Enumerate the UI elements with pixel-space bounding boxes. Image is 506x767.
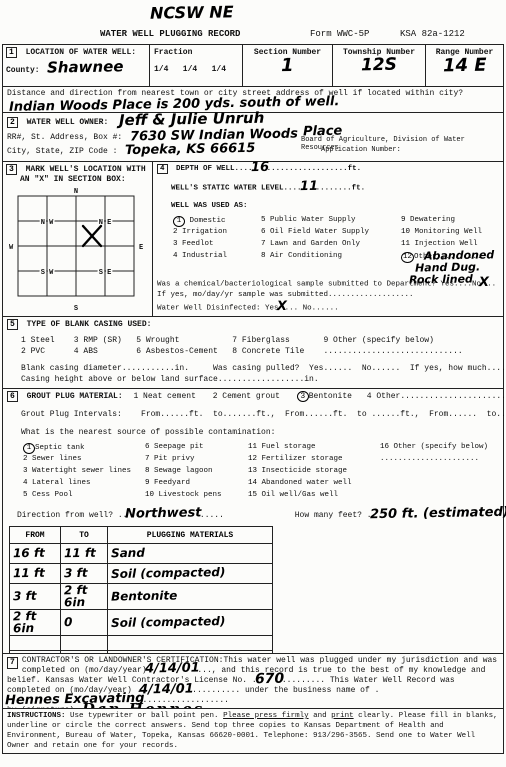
- license-number-value: 670: [255, 672, 284, 687]
- section-4-number: 4: [157, 164, 168, 174]
- from-value: [10, 636, 61, 651]
- contam-option-9-label: Feedyard: [154, 479, 190, 487]
- owner-value: Jeff & Julie Unruh: [119, 111, 265, 129]
- business-name-value: Hennes Excavating: [5, 691, 145, 706]
- section-7-certification: 7 CONTRACTOR'S OR LANDOWNER'S CERTIFICAT…: [2, 653, 504, 709]
- section-6-grout-plug: 6 GROUT PLUG MATERIAL: 1 Neat cement 2 C…: [2, 388, 504, 654]
- section-1-location: 1 LOCATION OF WATER WELL: County: Shawne…: [2, 44, 504, 87]
- contam-option-8-label: Sewage lagoon: [154, 467, 213, 475]
- used-option-10-number: 10: [401, 228, 410, 236]
- contam-option-11-label: Fuel storage: [262, 443, 316, 451]
- range-number-value: 14 E: [443, 57, 487, 76]
- contam-option-4-label: Lateral lines: [32, 479, 91, 487]
- grout-option-3-label: Bentonite: [309, 392, 352, 401]
- section-6-title: GROUT PLUG MATERIAL:: [27, 392, 123, 401]
- instructions-text-1: Use typewriter or ball point pen.: [70, 712, 223, 720]
- address-label: RR#, St. Address, Box #:: [7, 133, 122, 142]
- section-7-number: 7: [7, 657, 18, 669]
- to-value: [61, 636, 108, 651]
- instructions-label: INSTRUCTIONS:: [7, 712, 66, 720]
- from-value: 11 ft: [13, 567, 45, 580]
- col-to-header: TO: [61, 527, 108, 544]
- col-materials-header: PLUGGING MATERIALS: [108, 527, 273, 544]
- handwritten-quarter-annotation: NCSW NE: [150, 4, 234, 21]
- grout-intervals-line: Grout Plug Intervals: From......ft. to..…: [21, 410, 499, 419]
- county-value: Shawnee: [47, 59, 124, 75]
- casing-diameter-line: Blank casing diameter...........in. Was …: [21, 364, 499, 373]
- table-row: 16 ft 11 ft Sand: [10, 544, 273, 564]
- section-1-title: LOCATION OF WATER WELL:: [26, 48, 136, 57]
- contam-option-6-label: Seepage pit: [154, 443, 204, 451]
- contam-option-16-label: Other (specify below): [394, 443, 489, 451]
- quadrant-nw-label: N W: [41, 219, 54, 227]
- used-option-7-label: Lawn and Garden Only: [270, 240, 360, 248]
- city-state-zip-value: Topeka, KS 66615: [125, 142, 256, 157]
- used-option-7-number: 7: [261, 240, 266, 248]
- contam-option-5-label: Cess Pool: [32, 491, 73, 499]
- instructions-text-2: and: [309, 712, 332, 720]
- used-option-1-number: 1: [173, 216, 185, 227]
- contam-option-4-number: 4: [23, 479, 28, 487]
- used-option-3-number: 3: [173, 240, 178, 248]
- contam-option-2-label: Sewer lines: [32, 455, 82, 463]
- contam-option-10-number: 10: [145, 491, 154, 499]
- from-value: 2 ft 6in: [13, 610, 57, 635]
- used-as-options: 1 Domestic 2 Irrigation 3 Feedlot 4 Indu…: [173, 216, 482, 264]
- material-value: Bentonite: [111, 589, 178, 602]
- county-label: County:: [6, 66, 40, 75]
- disinfected-yes-x-mark: X: [276, 300, 286, 313]
- other-use-handwritten-1: Abandoned: [423, 249, 493, 261]
- quadrant-se-label: S E: [99, 269, 112, 277]
- contamination-options: 1Septic tank 2 Sewer lines 3 Watertight …: [23, 443, 499, 503]
- contam-option-10-label: Livestock pens: [159, 491, 222, 499]
- contam-option-14-label: Abandoned water well: [262, 479, 352, 487]
- grout-option-2: 2 Cement grout: [213, 392, 280, 401]
- table-row: 3 ft 2 ft 6in Bentonite: [10, 584, 273, 610]
- section-box-grid: N S W E N W N E S W S E: [6, 184, 148, 312]
- casing-options-row2: 2 PVC 4 ABS 6 Asbestos-Cement 8 Concrete…: [21, 347, 499, 356]
- direction-from-well-value: Northwest: [125, 507, 202, 521]
- compass-n-label: N: [74, 188, 78, 196]
- used-option-6-number: 6: [261, 228, 266, 236]
- used-option-12-number: 12: [401, 252, 414, 263]
- casing-options-row1: 1 Steel 3 RMP (SR) 5 Wrought 7 Fiberglas…: [21, 336, 499, 345]
- form-header: NCSW NE WATER WELL PLUGGING RECORD Form …: [0, 0, 506, 45]
- contam-option-3-label: Watertight sewer lines: [32, 467, 131, 475]
- plugged-date-value: 4/14/01: [145, 662, 200, 676]
- to-value: 2 ft 6in: [64, 584, 104, 609]
- section-6-number: 6: [7, 391, 18, 402]
- contam-option-13-number: 13: [248, 467, 257, 475]
- used-option-2-label: Irrigation: [182, 228, 227, 236]
- section-5-number: 5: [7, 319, 18, 330]
- contam-option-15-label: Oil well/Gas well: [262, 491, 339, 499]
- contam-option-15-number: 15: [248, 491, 257, 499]
- casing-height-line: Casing height above or below land surfac…: [21, 375, 499, 384]
- how-many-feet-value: 250 ft. (estimated): [369, 506, 506, 521]
- used-option-8-label: Air Conditioning: [270, 252, 342, 260]
- contam-option-7-number: 7: [145, 455, 150, 463]
- section-1-number: 1: [6, 47, 17, 58]
- contam-option-3-number: 3: [23, 467, 28, 475]
- compass-e-label: E: [139, 244, 143, 252]
- contam-option-16-dots: ......................: [380, 455, 479, 463]
- table-row: 11 ft 3 ft Soil (compacted): [10, 564, 273, 584]
- to-value: 0: [64, 616, 73, 628]
- section-5-blank-casing: 5 TYPE OF BLANK CASING USED: 1 Steel 3 R…: [2, 316, 504, 389]
- contam-option-7-label: Pit privy: [154, 455, 195, 463]
- static-level-value: 11: [299, 180, 317, 193]
- to-value: 11 ft: [64, 547, 96, 560]
- grout-option-4: 4 Other...........................: [367, 392, 506, 401]
- how-many-feet-label: How many feet? .: [295, 511, 372, 520]
- record-completed-date-value: 4/14/01: [139, 682, 194, 696]
- contam-option-11-number: 11: [248, 443, 257, 451]
- grout-option-1: 1 Neat cement: [133, 392, 195, 401]
- depth-post: ..................ft.: [267, 165, 362, 173]
- compass-w-label: W: [9, 244, 14, 252]
- used-option-5-number: 5: [261, 216, 266, 224]
- from-value: 3 ft: [13, 590, 37, 602]
- compass-s-label: S: [74, 305, 78, 312]
- section-3-4-row: 3 MARK WELL'S LOCATION WITH AN "X" IN SE…: [2, 161, 504, 317]
- contam-option-1-label: Septic tank: [35, 444, 85, 452]
- direction-from-well-dots: .....: [200, 511, 224, 520]
- contam-option-12-label: Fertilizer storage: [262, 455, 343, 463]
- form-number: Form WWC-5P: [310, 29, 369, 39]
- used-option-10-label: Monitoring Well: [415, 228, 483, 236]
- used-option-8-number: 8: [261, 252, 266, 260]
- section-4-depth-use: 4 DEPTH OF WELL....16..................f…: [153, 162, 503, 316]
- contam-option-6-number: 6: [145, 443, 150, 451]
- section-3-title-line2: AN "X" IN SECTION BOX:: [20, 175, 149, 184]
- material-value: Sand: [111, 547, 145, 560]
- to-value: 3 ft: [64, 567, 88, 579]
- instructions-underlined-2: print: [331, 712, 354, 720]
- static-level-post: ........ft.: [316, 184, 366, 192]
- well-location-x-mark: [83, 226, 101, 246]
- depth-pre: DEPTH OF WELL....: [176, 165, 253, 173]
- disinfected-label: Water Well Disinfected: Yes: [157, 304, 279, 312]
- sample-date-line: If yes, mo/day/yr sample was submitted..…: [157, 291, 414, 299]
- water-well-plugging-record-form: NCSW NE WATER WELL PLUGGING RECORD Form …: [0, 0, 506, 767]
- used-option-5-label: Public Water Supply: [270, 216, 356, 224]
- contam-option-13-label: Insecticide storage: [262, 467, 348, 475]
- section-number-value: 1: [281, 57, 294, 75]
- contam-option-1-number: 1: [23, 443, 35, 454]
- used-option-4-number: 4: [173, 252, 178, 260]
- plugging-materials-table: FROM TO PLUGGING MATERIALS 16 ft 11 ft S…: [9, 526, 273, 666]
- used-option-11-number: 11: [401, 240, 410, 248]
- contam-option-14-number: 14: [248, 479, 257, 487]
- contam-option-9-number: 9: [145, 479, 150, 487]
- quadrant-sw-label: S W: [41, 269, 54, 277]
- static-level-pre: WELL'S STATIC WATER LEVEL....: [171, 184, 302, 192]
- certification-text-4: .......... under the business name of .: [192, 686, 379, 695]
- grout-option-3-number: 3: [297, 391, 309, 402]
- used-as-label: WELL WAS USED AS:: [171, 202, 248, 210]
- depth-value: 16: [250, 160, 268, 173]
- form-title: WATER WELL PLUGGING RECORD: [100, 29, 240, 39]
- material-value: Soil (compacted): [111, 615, 226, 629]
- material-value: [108, 636, 273, 651]
- section-5-title: TYPE OF BLANK CASING USED:: [27, 320, 152, 329]
- instructions-box: INSTRUCTIONS: Use typewriter or ball poi…: [2, 708, 504, 754]
- used-option-9-label: Dewatering: [410, 216, 455, 224]
- disinfected-post: ... No......: [285, 304, 339, 312]
- from-value: 16 ft: [13, 547, 45, 560]
- table-row: [10, 636, 273, 651]
- instructions-underlined-1: Please press firmly: [223, 712, 309, 720]
- direction-from-well-label: Direction from well? ..: [17, 511, 127, 520]
- section-3-number: 3: [6, 164, 17, 175]
- used-option-11-label: Injection Well: [415, 240, 478, 248]
- contam-option-8-number: 8: [145, 467, 150, 475]
- city-state-zip-label: City, State, ZIP Code :: [7, 147, 117, 156]
- contam-option-5-number: 5: [23, 491, 28, 499]
- fraction-values: 1/4 1/4 1/4: [154, 65, 238, 74]
- sample-question: Was a chemical/bacteriological sample su…: [157, 280, 481, 288]
- table-row: 2 ft 6in 0 Soil (compacted): [10, 610, 273, 636]
- section-3-title-line1: MARK WELL'S LOCATION WITH: [26, 165, 146, 174]
- used-option-6-label: Oil Field Water Supply: [270, 228, 369, 236]
- section-3-mark-location: 3 MARK WELL'S LOCATION WITH AN "X" IN SE…: [3, 162, 153, 316]
- used-option-3-label: Feedlot: [182, 240, 214, 248]
- fraction-label: Fraction: [154, 48, 238, 57]
- used-option-9-number: 9: [401, 216, 406, 224]
- township-number-value: 12S: [361, 57, 397, 75]
- application-number-label: Application Number:: [321, 146, 401, 154]
- section-2-owner: 2 WATER WELL OWNER: Jeff & Julie Unruh R…: [2, 112, 504, 162]
- sample-no-x-mark: X: [479, 276, 489, 289]
- contam-option-2-number: 2: [23, 455, 28, 463]
- contam-option-16-number: 16: [380, 443, 389, 451]
- contamination-question: What is the nearest source of possible c…: [21, 428, 499, 437]
- contam-option-12-number: 12: [248, 455, 257, 463]
- form-statute: KSA 82a-1212: [400, 29, 465, 39]
- col-from-header: FROM: [10, 527, 61, 544]
- used-option-2-number: 2: [173, 228, 178, 236]
- used-option-4-label: Industrial: [182, 252, 227, 260]
- owner-label: WATER WELL OWNER:: [27, 118, 109, 127]
- used-option-1-label: Domestic: [190, 217, 226, 225]
- plugging-table-header-row: FROM TO PLUGGING MATERIALS: [10, 527, 273, 544]
- material-value: Soil (compacted): [111, 566, 226, 580]
- section-2-number: 2: [7, 117, 18, 128]
